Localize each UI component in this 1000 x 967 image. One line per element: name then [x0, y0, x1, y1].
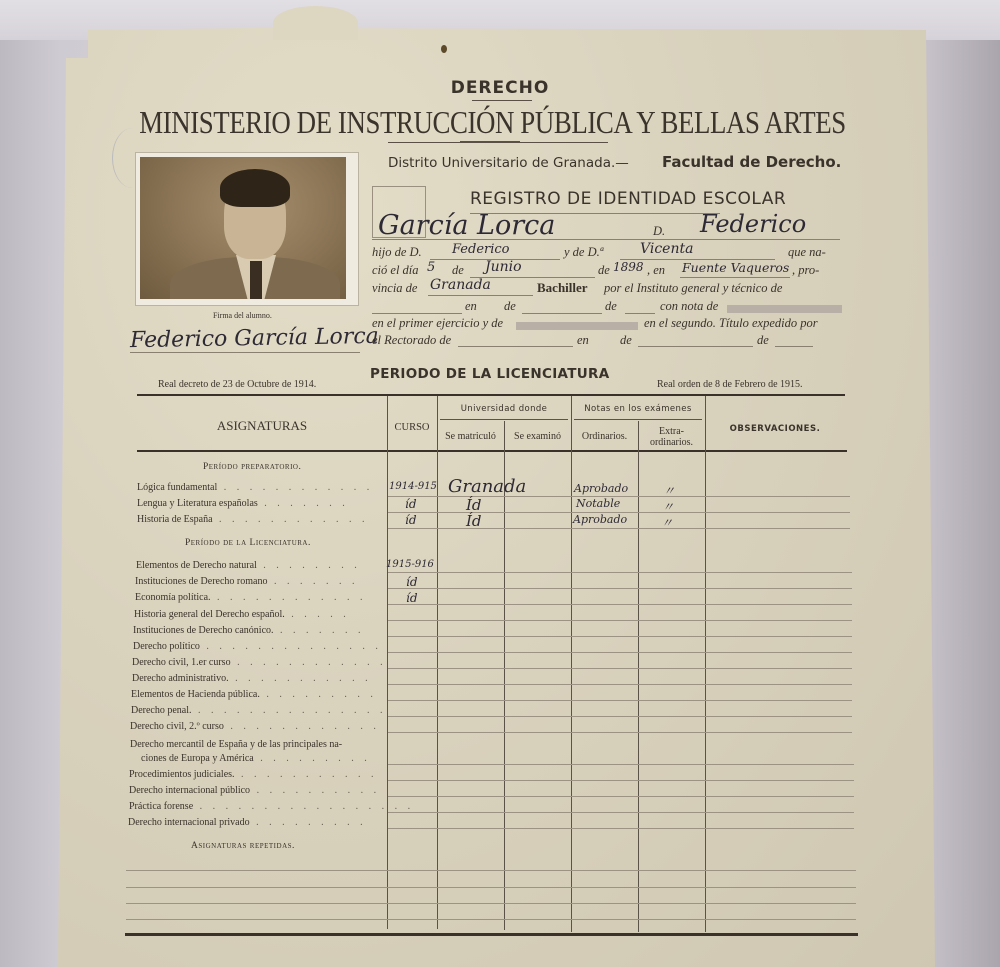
student-surnames: García Lorca — [378, 210, 555, 241]
grade-field-1 — [727, 305, 842, 313]
header-ordinary: Ordinarios. — [571, 431, 638, 442]
name-rule — [372, 239, 840, 240]
section-repeated: Asignaturas repetidas. — [191, 841, 295, 851]
district-label: Distrito Universitario de Granada.— — [388, 155, 629, 171]
mother-label: y de D.ª — [564, 245, 603, 260]
line5-en: en — [465, 299, 477, 314]
table-bottom-rule — [125, 933, 858, 936]
bachiller-text: por el Instituto general y técnico de — [604, 281, 782, 296]
repeat-row-rule — [126, 919, 856, 920]
header-observations: OBSERVACIONES. — [705, 424, 845, 434]
father-name: Federico — [452, 242, 510, 257]
table-row-subject: Elementos de Hacienda pública. . . . . .… — [131, 689, 377, 700]
header-examined: Se examinó — [504, 431, 571, 442]
ordinary-grade-cell: Notable — [576, 497, 620, 510]
table-row-subject: Derecho internacional privado . . . . . … — [128, 817, 367, 828]
enrolled-cell: Íd — [466, 512, 482, 530]
row-rule — [388, 812, 854, 813]
repeat-row-rule — [126, 870, 856, 871]
grades-subrule — [574, 419, 702, 420]
table-row-subject: Derecho penal. . . . . . . . . . . . . .… — [131, 705, 387, 716]
row-rule — [388, 828, 854, 829]
row-rule — [388, 528, 850, 529]
col-divider-curso — [387, 396, 388, 929]
signature-rule — [130, 352, 360, 353]
enrolled-cell: Granada — [448, 476, 526, 497]
table-row-subject: Instituciones de Derecho canónico. . . .… — [133, 625, 365, 636]
birth-year: 1898 — [613, 260, 644, 274]
header-extra-line1: Extra- — [659, 426, 684, 437]
province-suffix: , pro- — [792, 263, 819, 278]
course-cell: íd — [406, 591, 418, 605]
table-row-subject: Lógica fundamental . . . . . . . . . . .… — [137, 482, 373, 493]
row-rule — [388, 572, 852, 573]
repeat-row-rule — [126, 887, 856, 888]
grade-field-2 — [516, 322, 638, 330]
section-preparatory: Período preparatorio. — [203, 462, 301, 472]
header-course: CURSO — [387, 422, 437, 433]
table-row-subject: ciones de Europa y América . . . . . . .… — [141, 753, 371, 764]
photo-tie — [250, 261, 262, 299]
table-row-subject: Instituciones de Derecho romano . . . . … — [135, 576, 358, 587]
line5-de2: de — [605, 299, 617, 314]
province-value: Granada — [430, 277, 491, 293]
table-row-subject: Elementos de Derecho natural . . . . . .… — [136, 560, 361, 571]
decree-left: Real decreto de 23 de Octubre de 1914. — [158, 379, 316, 390]
de-label-2: de — [598, 263, 610, 278]
header-rule — [472, 100, 532, 101]
repeat-row-rule — [126, 903, 856, 904]
mother-name: Vicenta — [640, 241, 693, 257]
birth-day: 5 — [427, 260, 435, 275]
header-university: Universidad donde — [437, 404, 571, 414]
header-extraordinary: Extra- ordinarios. — [638, 426, 705, 448]
row-rule — [388, 780, 854, 781]
line5-rule-b — [522, 313, 602, 314]
line7-en: en — [577, 333, 589, 348]
table-row-subject: Derecho civil, 1.er curso . . . . . . . … — [132, 657, 387, 668]
ministry-title: MINISTERIO DE INSTRUCCIÓN PÚBLICA Y BELL… — [79, 104, 906, 141]
line7-rule-b — [638, 346, 753, 347]
table-row-subject: Economía política. . . . . . . . . . . .… — [135, 592, 367, 603]
student-photo — [140, 157, 346, 299]
row-rule — [388, 636, 852, 637]
line5-de1: de — [504, 299, 516, 314]
course-cell: 1915-916 — [386, 559, 434, 570]
day-label: ció el día — [372, 263, 419, 278]
faculty-header: DERECHO — [0, 78, 1000, 98]
table-row-subject: Práctica forense . . . . . . . . . . . .… — [129, 801, 414, 812]
faculty-label: Facultad de Derecho. — [662, 153, 841, 171]
line7-rule-c — [775, 346, 813, 347]
table-row-subject: Derecho político . . . . . . . . . . . .… — [133, 641, 382, 652]
course-cell: íd — [405, 497, 417, 511]
born-suffix: que na- — [788, 245, 826, 260]
row-rule — [388, 684, 852, 685]
row-rule — [388, 764, 854, 765]
extra-grade-cell: 〃 — [663, 482, 675, 499]
table-row-subject: Lengua y Literatura españolas . . . . . … — [137, 498, 349, 509]
course-cell: 1914-915 — [389, 481, 437, 492]
col-divider-observations — [705, 396, 706, 932]
line5-nota: con nota de — [660, 299, 718, 314]
row-rule — [388, 700, 852, 701]
row-rule — [388, 732, 852, 733]
table-row-subject: Derecho administrativo. . . . . . . . . … — [132, 673, 372, 684]
line6-second: en el segundo. Título expedido por — [644, 316, 818, 331]
course-cell: íd — [405, 513, 417, 527]
registry-title: REGISTRO DE IDENTIDAD ESCOLAR — [470, 189, 786, 209]
table-row-subject: Derecho internacional público . . . . . … — [129, 785, 380, 796]
university-subrule — [440, 419, 568, 420]
paper-tab — [273, 6, 358, 40]
bachiller-label: Bachiller — [537, 280, 588, 296]
table-row-subject: Derecho civil, 2.º curso . . . . . . . .… — [130, 721, 380, 732]
ordinary-grade-cell: Aprobado — [573, 513, 627, 526]
line7-de1: de — [620, 333, 632, 348]
col-divider-examined — [504, 421, 505, 930]
section-licenciatura: Período de la Licenciatura. — [185, 538, 311, 548]
header-grades: Notas en los exámenes — [571, 404, 705, 414]
province-label: vincia de — [372, 281, 417, 296]
table-row-subject: Historia general del Derecho español. . … — [134, 609, 350, 620]
student-photo-frame — [135, 152, 359, 306]
decree-right: Real orden de 8 de Febrero de 1915. — [657, 379, 803, 390]
birthplace-rule — [680, 277, 790, 278]
table-top-rule — [137, 394, 845, 396]
table-header-rule — [137, 450, 847, 452]
col-divider-extra — [638, 421, 639, 932]
row-rule — [388, 668, 852, 669]
birth-month: Junio — [485, 259, 522, 275]
header-extra-line2: ordinarios. — [650, 437, 693, 448]
de-label-1: de — [452, 263, 464, 278]
province-rule — [428, 295, 533, 296]
student-given-name: Federico — [700, 210, 806, 238]
extra-grade-cell: 〃 — [661, 514, 673, 531]
ordinary-grade-cell: Aprobado — [574, 482, 628, 495]
d-label: D. — [653, 224, 665, 239]
row-rule — [388, 716, 852, 717]
col-divider-grades — [571, 396, 572, 932]
row-rule — [388, 796, 854, 797]
photo-hair — [220, 169, 290, 207]
line7-rectorado: el Rectorado de — [372, 333, 451, 348]
section-title: PERIODO DE LA LICENCIATURA — [370, 366, 609, 382]
row-rule — [388, 652, 852, 653]
row-rule — [388, 604, 852, 605]
line6-first: en el primer ejercicio y de — [372, 316, 503, 331]
punch-hole — [441, 45, 447, 53]
row-rule — [388, 588, 852, 589]
table-row-subject: Derecho mercantil de España y de las pri… — [130, 739, 342, 750]
course-cell: íd — [406, 575, 418, 589]
line7-de2: de — [757, 333, 769, 348]
table-row-subject: Procedimientos judiciales. . . . . . . .… — [129, 769, 378, 780]
table-row-subject: Historia de España . . . . . . . . . . .… — [137, 514, 369, 525]
father-label: hijo de D. — [372, 245, 422, 260]
extra-grade-cell: 〃 — [662, 498, 674, 515]
place-label: , en — [647, 263, 665, 278]
line7-rule-a — [458, 346, 573, 347]
col-divider-university — [437, 396, 438, 929]
header-subjects: ASIGNATURAS — [137, 418, 387, 434]
birthplace: Fuente Vaqueros — [682, 260, 789, 275]
line5-rule-c — [625, 313, 655, 314]
signature-caption: Firma del alumno. — [213, 311, 272, 320]
ministry-rule-thick — [460, 141, 520, 143]
line5-rule-a — [372, 313, 462, 314]
header-enrolled: Se matriculó — [437, 431, 504, 442]
student-signature: Federico García Lorca — [130, 324, 379, 353]
row-rule — [388, 620, 852, 621]
